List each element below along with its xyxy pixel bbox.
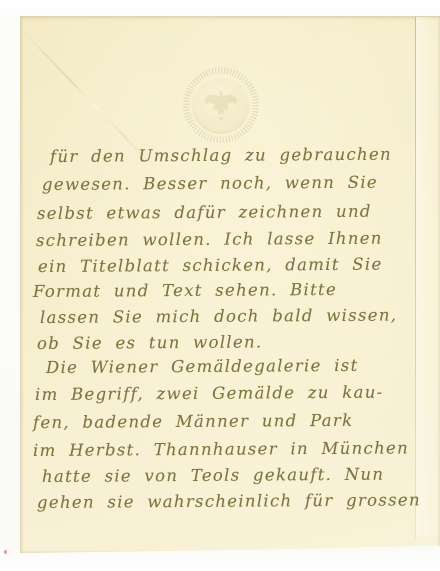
scan-background: für den Umschlag zu gebrauchen gewesen. … xyxy=(0,0,440,571)
letter-page: für den Umschlag zu gebrauchen gewesen. … xyxy=(20,16,440,553)
embossed-seal-icon xyxy=(183,67,259,143)
handwriting-line-6: Format und Text sehen. Bitte xyxy=(33,280,337,302)
handwriting-line-12: im Herbst. Thannhauser in München xyxy=(33,438,409,461)
handwriting-line-14: gehen sie wahrscheinlich für grossen xyxy=(37,490,421,513)
page-fold-edge xyxy=(415,17,416,538)
handwriting-line-3: selbst etwas dafür zeichnen und xyxy=(37,202,372,224)
handwriting-line-7: lassen Sie mich doch bald wissen, xyxy=(40,306,397,328)
handwriting-line-13: hatte sie von Teols gekauft. Nun xyxy=(42,465,384,487)
eagle-icon xyxy=(200,84,242,126)
handwriting-line-1: für den Umschlag zu gebrauchen xyxy=(50,145,392,167)
handwriting-line-11: fen, badende Männer und Park xyxy=(33,411,353,433)
page-fold-highlight xyxy=(416,17,440,536)
handwriting-line-5: ein Titelblatt schicken, damit Sie xyxy=(38,255,383,277)
handwriting-line-10: im Begriff, zwei Gemälde zu kau- xyxy=(35,383,384,405)
seal-center xyxy=(192,76,250,134)
red-fiber-speck xyxy=(4,550,7,554)
handwriting-line-2: gewesen. Besser noch, wenn Sie xyxy=(42,173,378,195)
handwriting-line-8: ob Sie es tun wollen. xyxy=(37,332,263,354)
handwriting-line-9: Die Wiener Gemäldegalerie ist xyxy=(46,356,359,378)
handwriting-line-4: schreiben wollen. Ich lasse Ihnen xyxy=(36,229,383,251)
